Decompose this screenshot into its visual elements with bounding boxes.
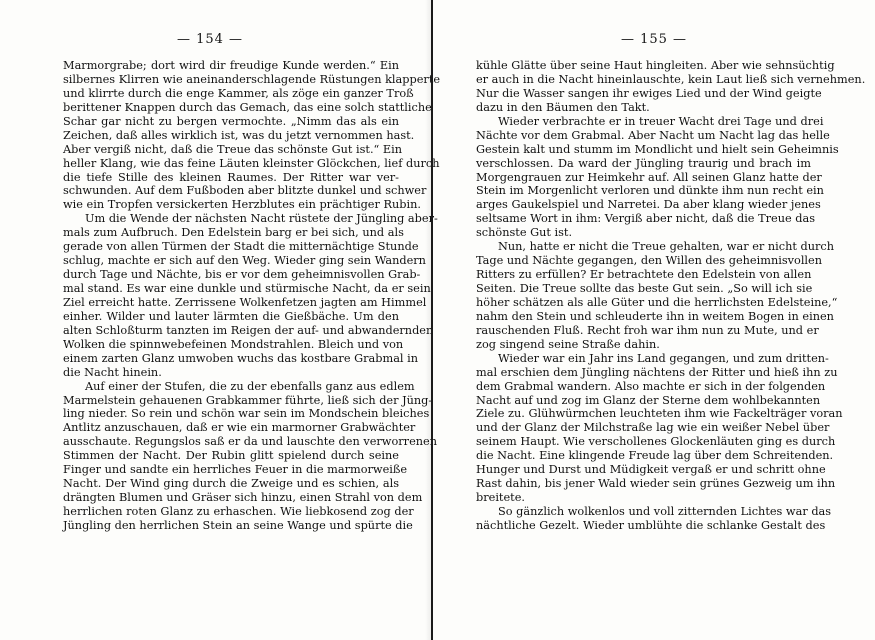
text-line: Um die Wende der nächsten Nacht rüstete … [63, 212, 399, 226]
text-line: Wieder war ein Jahr ins Land gegangen, u… [476, 352, 811, 366]
text-line: die tiefe Stille des kleinen Raumes. Der… [63, 171, 399, 185]
text-line: breitete. [476, 491, 811, 505]
text-line: schlug, machte er sich auf den Weg. Wied… [63, 254, 399, 268]
text-line: mal erschien dem Jüngling nächtens der R… [476, 366, 811, 380]
text-line: arges Gaukelspiel und Narretei. Da aber … [476, 198, 811, 212]
text-line: einem zarten Glanz umwoben wuchs das kos… [63, 352, 399, 366]
text-line: durch Tage und Nächte, bis er vor dem ge… [63, 268, 399, 282]
text-line: Ziel erreicht hatte. Zerrissene Wolkenfe… [63, 296, 399, 310]
text-line: Morgengrauen zur Heimkehr auf. All seine… [476, 171, 811, 185]
text-line: kühle Glätte über seine Haut hingleiten.… [476, 59, 811, 73]
text-line: drängten Blumen und Gräser sich hinzu, e… [63, 491, 399, 505]
text-line: einher. Wilder und lauter lärmten die Gi… [63, 310, 399, 324]
text-line: und der Glanz der Milchstraße lag wie ei… [476, 421, 811, 435]
text-line: silbernes Klirren wie aneinanderschlagen… [63, 73, 399, 87]
text-line: nahm den Stein und schleuderte ihn in we… [476, 310, 811, 324]
text-line: Auf einer der Stufen, die zu der ebenfal… [63, 380, 399, 394]
text-line: Stimmen der Nacht. Der Rubin glitt spiel… [63, 449, 399, 463]
text-line: seltsame Wort in ihm: Vergiß aber nicht,… [476, 212, 811, 226]
text-line: herrlichen roten Glanz zu erhaschen. Wie… [63, 505, 399, 519]
text-line: Stein im Morgenlicht verloren und dünkte… [476, 184, 811, 198]
text-line: zog singend seine Straße dahin. [476, 338, 811, 352]
text-line: Marmelstein gehauenen Grabkammer führte,… [63, 394, 399, 408]
text-line: verschlossen. Da ward der Jüngling traur… [476, 157, 811, 171]
text-line: Nun, hatte er nicht die Treue gehalten, … [476, 240, 811, 254]
text-line: nächtliche Gezelt. Wieder umblühte die s… [476, 519, 811, 533]
text-line: mal stand. Es war eine dunkle und stürmi… [63, 282, 399, 296]
text-line: und klirrte durch die enge Kammer, als z… [63, 87, 399, 101]
text-line: Nacht auf und zog im Glanz der Sterne de… [476, 394, 811, 408]
text-line: wie ein Tropfen versickerten Herzblutes … [63, 198, 399, 212]
text-line: ausschaute. Regungslos saß er da und lau… [63, 435, 399, 449]
text-line: schwunden. Auf dem Fußboden aber blitzte… [63, 184, 399, 198]
text-line: Aber vergiß nicht, daß die Treue das sch… [63, 143, 399, 157]
text-line: Marmorgrabe; dort wird dir freudige Kund… [63, 59, 399, 73]
text-line: Gestein kalt und stumm im Mondlicht und … [476, 143, 811, 157]
text-line: rauschenden Fluß. Recht froh war ihm nun… [476, 324, 811, 338]
right-page-text: kühle Glätte über seine Haut hingleiten.… [476, 59, 811, 533]
text-line: dem Grabmal wandern. Also machte er sich… [476, 380, 811, 394]
text-line: Antlitz anzuschauen, daß er wie ein marm… [63, 421, 399, 435]
text-line: höher schätzen als alle Güter und die he… [476, 296, 811, 310]
text-line: dazu in den Bäumen den Takt. [476, 101, 811, 115]
text-line: Jüngling den herrlichen Stein an seine W… [63, 519, 399, 533]
text-line: die Nacht. Eine klingende Freude lag übe… [476, 449, 811, 463]
text-line: mals zum Aufbruch. Den Edelstein barg er… [63, 226, 399, 240]
text-line: die Nacht hinein. [63, 366, 399, 380]
left-page: — 154 — Marmorgrabe; dort wird dir freud… [0, 0, 432, 640]
text-line: Nächte vor dem Grabmal. Aber Nacht um Na… [476, 129, 811, 143]
text-line: Ritters zu erfüllen? Er betrachtete den … [476, 268, 811, 282]
text-line: Hunger und Durst und Müdigkeit vergaß er… [476, 463, 811, 477]
left-page-text: Marmorgrabe; dort wird dir freudige Kund… [63, 59, 399, 533]
text-line: Seiten. Die Treue sollte das beste Gut s… [476, 282, 811, 296]
text-line: Tage und Nächte gegangen, den Willen des… [476, 254, 811, 268]
book-gutter [431, 0, 433, 640]
text-line: Nacht. Der Wind ging durch die Zweige un… [63, 477, 399, 491]
text-line: Ziele zu. Glühwürmchen leuchteten ihm wi… [476, 407, 811, 421]
text-line: So gänzlich wolkenlos und voll zitternde… [476, 505, 811, 519]
page-number-right: — 155 — [594, 32, 714, 47]
text-line: Schar gar nicht zu bergen vermochte. „Ni… [63, 115, 399, 129]
text-line: Rast dahin, bis jener Wald wieder sein g… [476, 477, 811, 491]
text-line: Nur die Wasser sangen ihr ewiges Lied un… [476, 87, 811, 101]
text-line: ling nieder. So rein und schön war sein … [63, 407, 399, 421]
text-line: seinem Haupt. Wie verschollenes Glockenl… [476, 435, 811, 449]
text-line: berittener Knappen durch das Gemach, das… [63, 101, 399, 115]
text-line: alten Schloßturm tanzten im Reigen der a… [63, 324, 399, 338]
right-page: — 155 — kühle Glätte über seine Haut hin… [434, 0, 875, 640]
text-line: Wolken die spinnwebefeinen Mondstrahlen.… [63, 338, 399, 352]
text-line: heller Klang, wie das feine Läuten klein… [63, 157, 399, 171]
text-line: Finger und sandte ein herrliches Feuer i… [63, 463, 399, 477]
text-line: Wieder verbrachte er in treuer Wacht dre… [476, 115, 811, 129]
text-line: Zeichen, daß alles wirklich ist, was du … [63, 129, 399, 143]
text-line: schönste Gut ist. [476, 226, 811, 240]
text-line: gerade von allen Türmen der Stadt die mi… [63, 240, 399, 254]
text-line: er auch in die Nacht hineinlauschte, kei… [476, 73, 811, 87]
page-number-left: — 154 — [150, 32, 270, 47]
